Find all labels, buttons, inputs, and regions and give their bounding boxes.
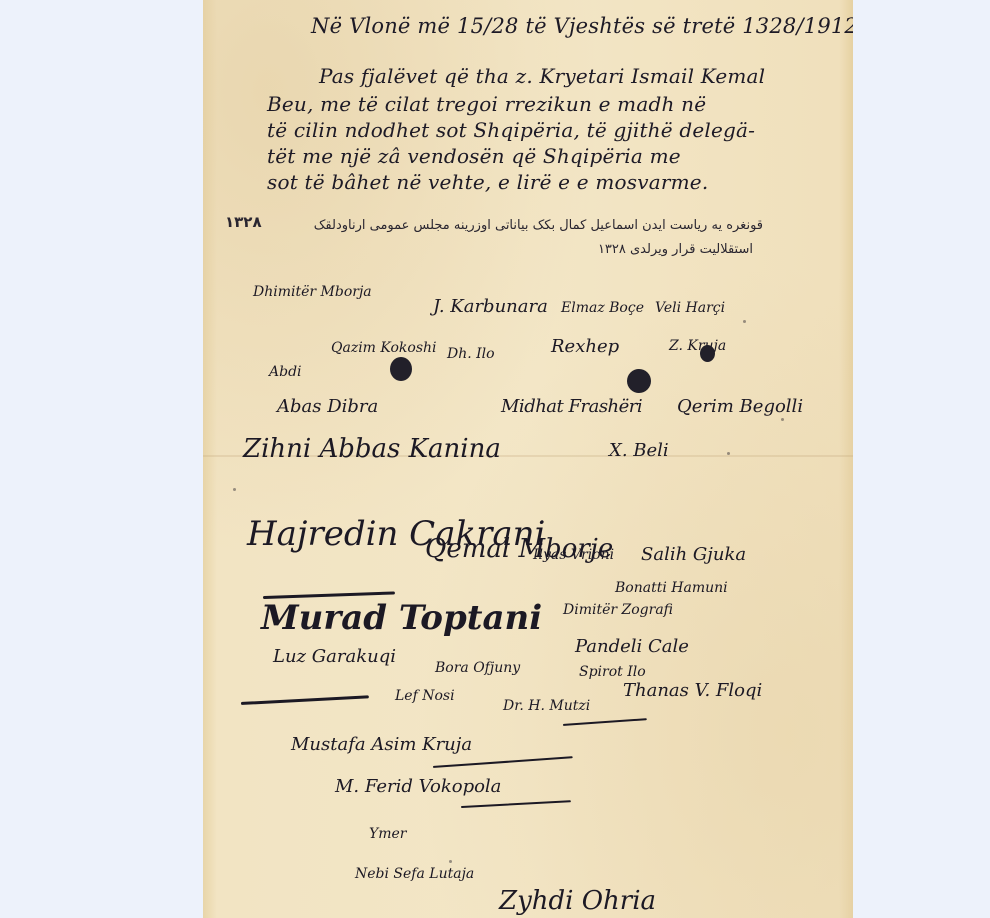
signature: M. Ferid Vokopola [335, 776, 501, 797]
body-line: Beu, me të cilat tregoi rrezikun e madh … [267, 92, 706, 116]
signature-flourish [433, 756, 573, 768]
body-line: të cilin ndodhet sot Shqipëria, të gjith… [267, 118, 755, 142]
wax-seal [627, 369, 651, 393]
signature: J. Karbunara [433, 296, 548, 317]
signature: Abdi [269, 364, 302, 380]
signature: Pandeli Cale [575, 636, 689, 657]
ottoman-text-line: استقلالیت قرار ویرلدی ۱۳۲۸ [323, 242, 753, 257]
ink-speck [727, 452, 730, 455]
ottoman-marginal-date: ۱۳۲۸ [225, 213, 262, 231]
signature: Mustafa Asim Kruja [291, 734, 472, 755]
body-line: sot të bâhet në vehte, e lirë e e mosvar… [267, 170, 708, 194]
signature: Midhat Frashëri [501, 396, 642, 417]
signature-flourish [241, 695, 369, 705]
signature: Veli Harçi [655, 300, 725, 316]
body-line: tët me një zâ vendosën që Shqipëria me [267, 144, 681, 168]
signature: Dhimitër Mborja [253, 284, 372, 300]
ink-speck [449, 860, 452, 863]
signature: Qazim Kokoshi [331, 340, 437, 356]
ink-speck [781, 418, 784, 421]
document-scan: Në Vlonë më 15/28 të Vjeshtës së tretë 1… [203, 0, 853, 918]
document-heading: Në Vlonë më 15/28 të Vjeshtës së tretë 1… [311, 14, 853, 38]
signature: Dh. Ilo [447, 346, 495, 362]
signature: Rexhep [551, 336, 619, 357]
wax-seal [700, 345, 715, 362]
signature: Ymer [369, 826, 407, 842]
signature: Bora Ofjuny [435, 660, 520, 676]
signature: Spirot Ilo [579, 664, 646, 680]
signature: X. Beli [609, 440, 669, 461]
ink-speck [743, 320, 746, 323]
signature: Salih Gjuka [641, 544, 746, 565]
wax-seal [390, 357, 412, 381]
signature-flourish [461, 800, 571, 808]
signature: Dr. H. Mutzi [503, 698, 590, 714]
signature: Lef Nosi [395, 688, 455, 704]
signature: Abas Dibra [277, 396, 378, 417]
ink-speck [233, 488, 236, 491]
signature: Zyhdi Ohria [499, 886, 656, 916]
signature: Z. Kruja [669, 338, 726, 354]
body-line: Pas fjalëvet që tha z. Kryetari Ismail K… [319, 64, 765, 88]
ottoman-text-line: قونغره یه ریاست ایدن اسماعیل کمال بکک بی… [293, 218, 763, 233]
signature: Elmaz Boçe [561, 300, 644, 316]
signature: Murad Toptani [261, 598, 542, 638]
signature: Dimitër Zografi [563, 602, 673, 618]
signature: Thanas V. Floqi [623, 680, 762, 701]
signature: Zihni Abbas Kanina [243, 434, 501, 464]
signature: Ilyas Vrioni [533, 547, 614, 563]
signature: Luz Garakuqi [273, 646, 396, 667]
signature-flourish [563, 718, 647, 726]
signature: Bonatti Hamuni [615, 580, 728, 596]
signature: Qerim Begolli [677, 396, 803, 417]
signature: Nebi Sefa Lutaja [355, 866, 474, 882]
